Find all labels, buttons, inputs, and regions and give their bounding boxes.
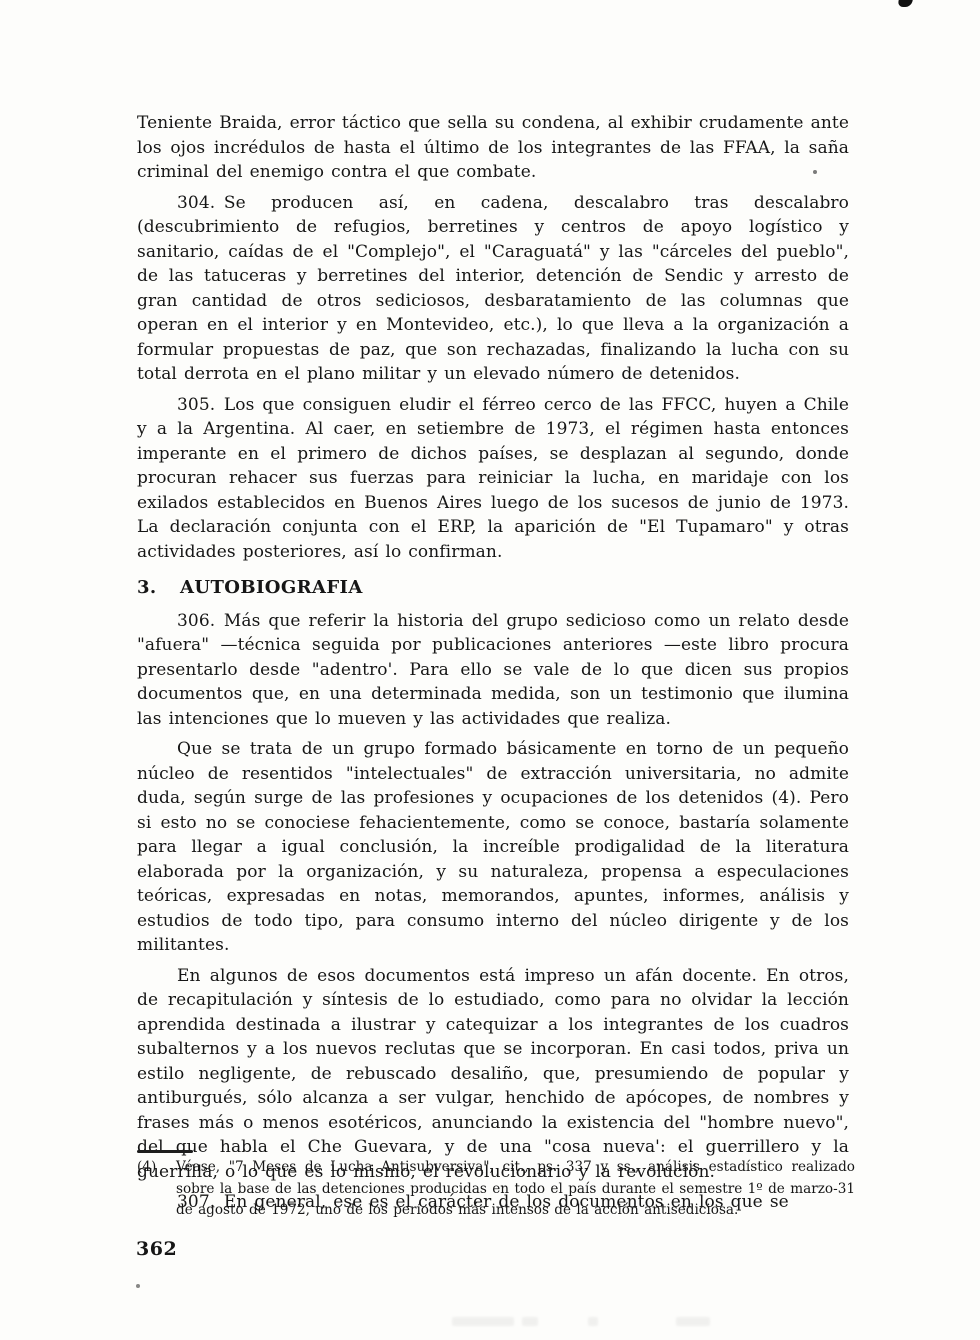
scan-artifact-dot [813,170,817,174]
scan-bleedthrough-mark [522,1317,538,1326]
paragraph-continuation: Teniente Braida, error táctico que sella… [137,111,849,185]
book-page: Teniente Braida, error táctico que sella… [0,0,980,1340]
paragraph-que-se-trata: Que se trata de un grupo formado básicam… [137,737,849,958]
scan-bleedthrough-mark [676,1317,710,1326]
footnote-separator-rule [137,1150,193,1153]
paragraph-305: 305. Los que consiguen eludir el férreo … [137,393,849,565]
section-heading: 3.AUTOBIOGRAFIA [137,576,849,601]
section-number: 3. [137,576,180,601]
paragraph-304: 304. Se producen así, en cadena, descala… [137,191,849,387]
page-number: 362 [136,1238,177,1260]
body-text: Teniente Braida, error táctico que sella… [137,111,849,1215]
footnote-marker: (4) [137,1157,176,1179]
footnote: (4)Véase, "7 Meses de Lucha Antisubversi… [137,1157,855,1222]
section-title: AUTOBIOGRAFIA [180,577,363,598]
scan-artifact-dot [136,1284,140,1288]
footnote-text-line: (4)Véase, "7 Meses de Lucha Antisubversi… [137,1157,855,1222]
scan-artifact-corner-mark [897,0,912,7]
scan-bleedthrough-mark [452,1317,514,1326]
paragraph-306: 306. Más que referir la historia del gru… [137,609,849,732]
paragraph-en-algunos: En algunos de esos documentos está impre… [137,964,849,1185]
scan-bleedthrough-mark [588,1317,598,1326]
footnote-text: Véase, "7 Meses de Lucha Antisubversiva"… [176,1159,855,1218]
